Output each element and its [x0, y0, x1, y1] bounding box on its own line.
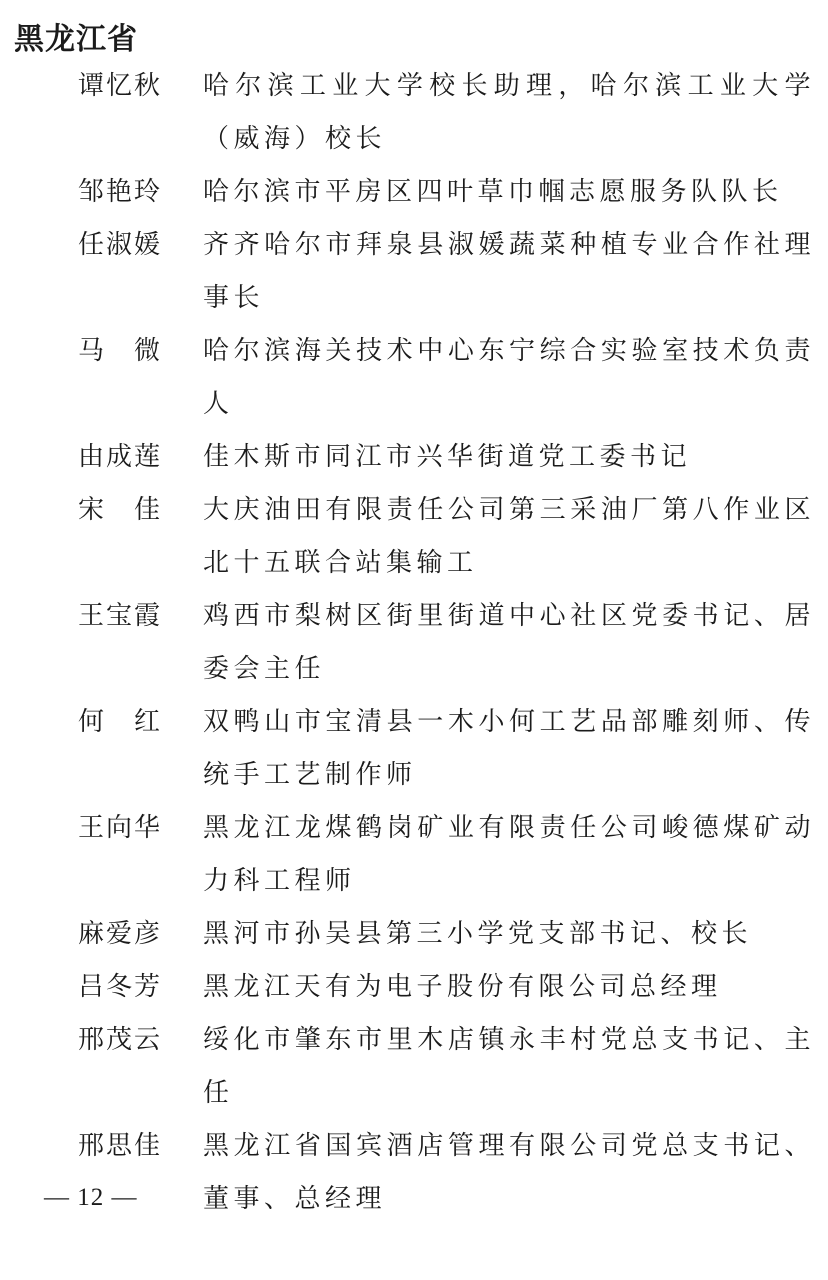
honoree-title: 绥化市肇东市里木店镇永丰村党总支书记、主任: [203, 1013, 815, 1119]
list-item: 谭忆秋 哈尔滨工业大学校长助理，哈尔滨工业大学（威海）校长: [78, 59, 815, 165]
honoree-name: 宋佳: [78, 483, 160, 536]
province-heading: 黑龙江省: [14, 14, 138, 58]
honoree-name: 邢思佳: [78, 1119, 160, 1172]
honoree-name: 任淑媛: [78, 218, 160, 271]
honoree-title: 黑河市孙吴县第三小学党支部书记、校长: [203, 907, 815, 960]
list-item: 由成莲 佳木斯市同江市兴华街道党工委书记: [78, 430, 815, 483]
list-item: 王宝霞 鸡西市梨树区街里街道中心社区党委书记、居委会主任: [78, 589, 815, 695]
honoree-list: 谭忆秋 哈尔滨工业大学校长助理，哈尔滨工业大学（威海）校长 邹艳玲 哈尔滨市平房…: [78, 59, 815, 1225]
page-number: — 12 —: [44, 1184, 138, 1212]
honoree-title: 双鸭山市宝清县一木小何工艺品部雕刻师、传统手工艺制作师: [203, 695, 815, 801]
honoree-title: 哈尔滨工业大学校长助理，哈尔滨工业大学（威海）校长: [203, 59, 815, 165]
list-item: 何红 双鸭山市宝清县一木小何工艺品部雕刻师、传统手工艺制作师: [78, 695, 815, 801]
honoree-title: 哈尔滨市平房区四叶草巾帼志愿服务队队长: [203, 165, 815, 218]
list-item: 邹艳玲 哈尔滨市平房区四叶草巾帼志愿服务队队长: [78, 165, 815, 218]
honoree-title: 黑龙江省国宾酒店管理有限公司党总支书记、董事、总经理: [203, 1119, 815, 1225]
honoree-name: 由成莲: [78, 430, 160, 483]
list-item: 邢思佳 黑龙江省国宾酒店管理有限公司党总支书记、董事、总经理: [78, 1119, 815, 1225]
honoree-title: 哈尔滨海关技术中心东宁综合实验室技术负责人: [203, 324, 815, 430]
honoree-title: 佳木斯市同江市兴华街道党工委书记: [203, 430, 815, 483]
honoree-title: 黑龙江龙煤鹤岗矿业有限责任公司峻德煤矿动力科工程师: [203, 801, 815, 907]
list-item: 麻爱彦 黑河市孙吴县第三小学党支部书记、校长: [78, 907, 815, 960]
honoree-name: 何红: [78, 695, 160, 748]
honoree-title: 黑龙江天有为电子股份有限公司总经理: [203, 960, 815, 1013]
honoree-name: 马微: [78, 324, 160, 377]
honoree-name: 吕冬芳: [78, 960, 160, 1013]
list-item: 邢茂云 绥化市肇东市里木店镇永丰村党总支书记、主任: [78, 1013, 815, 1119]
honoree-name: 王向华: [78, 801, 160, 854]
honoree-title: 齐齐哈尔市拜泉县淑媛蔬菜种植专业合作社理事长: [203, 218, 815, 324]
list-item: 吕冬芳 黑龙江天有为电子股份有限公司总经理: [78, 960, 815, 1013]
list-item: 宋佳 大庆油田有限责任公司第三采油厂第八作业区北十五联合站集输工: [78, 483, 815, 589]
honoree-title: 大庆油田有限责任公司第三采油厂第八作业区北十五联合站集输工: [203, 483, 815, 589]
honoree-name: 谭忆秋: [78, 59, 160, 112]
list-item: 马微 哈尔滨海关技术中心东宁综合实验室技术负责人: [78, 324, 815, 430]
honoree-name: 麻爱彦: [78, 907, 160, 960]
honoree-name: 邢茂云: [78, 1013, 160, 1066]
honoree-name: 邹艳玲: [78, 165, 160, 218]
list-item: 王向华 黑龙江龙煤鹤岗矿业有限责任公司峻德煤矿动力科工程师: [78, 801, 815, 907]
honoree-name: 王宝霞: [78, 589, 160, 642]
honoree-title: 鸡西市梨树区街里街道中心社区党委书记、居委会主任: [203, 589, 815, 695]
list-item: 任淑媛 齐齐哈尔市拜泉县淑媛蔬菜种植专业合作社理事长: [78, 218, 815, 324]
